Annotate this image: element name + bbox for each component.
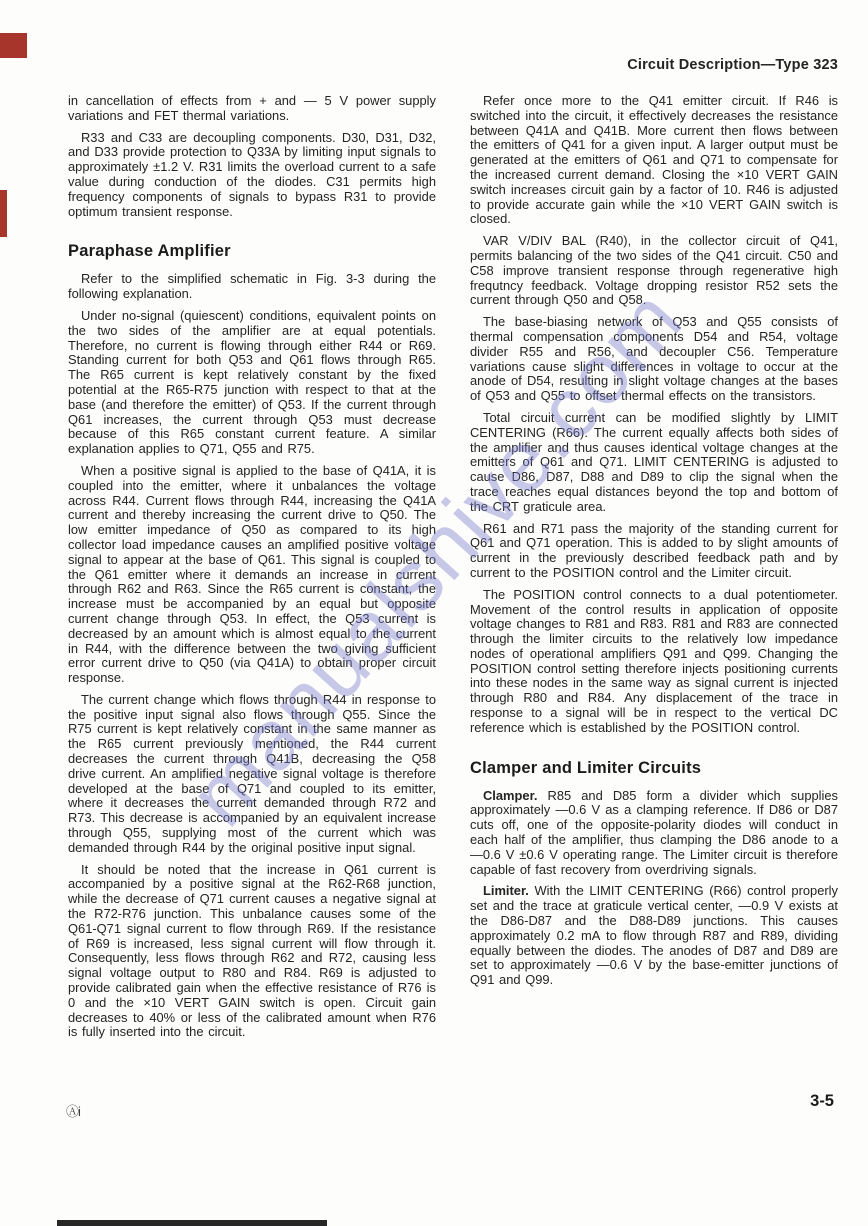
- footer-trademark-symbol: Ⓐi: [66, 1101, 80, 1120]
- scan-artifact-red-mark-edge: [0, 190, 7, 237]
- clamper-run-in-heading: Clamper.: [483, 788, 537, 803]
- scan-artifact-bottom-bar: [57, 1220, 327, 1226]
- manual-page: Circuit Description—Type 323 in cancella…: [0, 0, 868, 1226]
- body-paragraph: Total circuit current can be modified sl…: [470, 411, 838, 515]
- page-header-title: Circuit Description—Type 323: [627, 57, 838, 73]
- left-column: in cancellation of effects from + and — …: [68, 94, 436, 1047]
- body-paragraph: Refer once more to the Q41 emitter circu…: [470, 94, 838, 227]
- scan-artifact-red-mark-top: [0, 33, 27, 58]
- section-heading-paraphase-amplifier: Paraphase Amplifier: [68, 242, 436, 261]
- body-paragraph: It should be noted that the increase in …: [68, 863, 436, 1041]
- body-paragraph: The current change which flows through R…: [68, 693, 436, 856]
- right-column: Refer once more to the Q41 emitter circu…: [470, 94, 838, 995]
- body-paragraph: R33 and C33 are decoupling components. D…: [68, 131, 436, 220]
- body-paragraph: The base-biasing network of Q53 and Q55 …: [470, 315, 838, 404]
- body-paragraph: When a positive signal is applied to the…: [68, 464, 436, 686]
- limiter-run-in-heading: Limiter.: [483, 883, 529, 898]
- body-paragraph: R61 and R71 pass the majority of the sta…: [470, 522, 838, 581]
- body-paragraph-clamper: Clamper. R85 and D85 form a divider whic…: [470, 789, 838, 878]
- body-paragraph: Under no-signal (quiescent) conditions, …: [68, 309, 436, 457]
- body-paragraph: Refer to the simplified schematic in Fig…: [68, 272, 436, 302]
- body-paragraph: in cancellation of effects from + and — …: [68, 94, 436, 124]
- limiter-text: With the LIMIT CENTERING (R66) control p…: [470, 883, 838, 987]
- section-heading-clamper-limiter: Clamper and Limiter Circuits: [470, 759, 838, 778]
- page-number: 3-5: [810, 1092, 834, 1111]
- body-paragraph-limiter: Limiter. With the LIMIT CENTERING (R66) …: [470, 884, 838, 988]
- body-paragraph: VAR V/DIV BAL (R40), in the collector ci…: [470, 234, 838, 308]
- body-paragraph: The POSITION control connects to a dual …: [470, 588, 838, 736]
